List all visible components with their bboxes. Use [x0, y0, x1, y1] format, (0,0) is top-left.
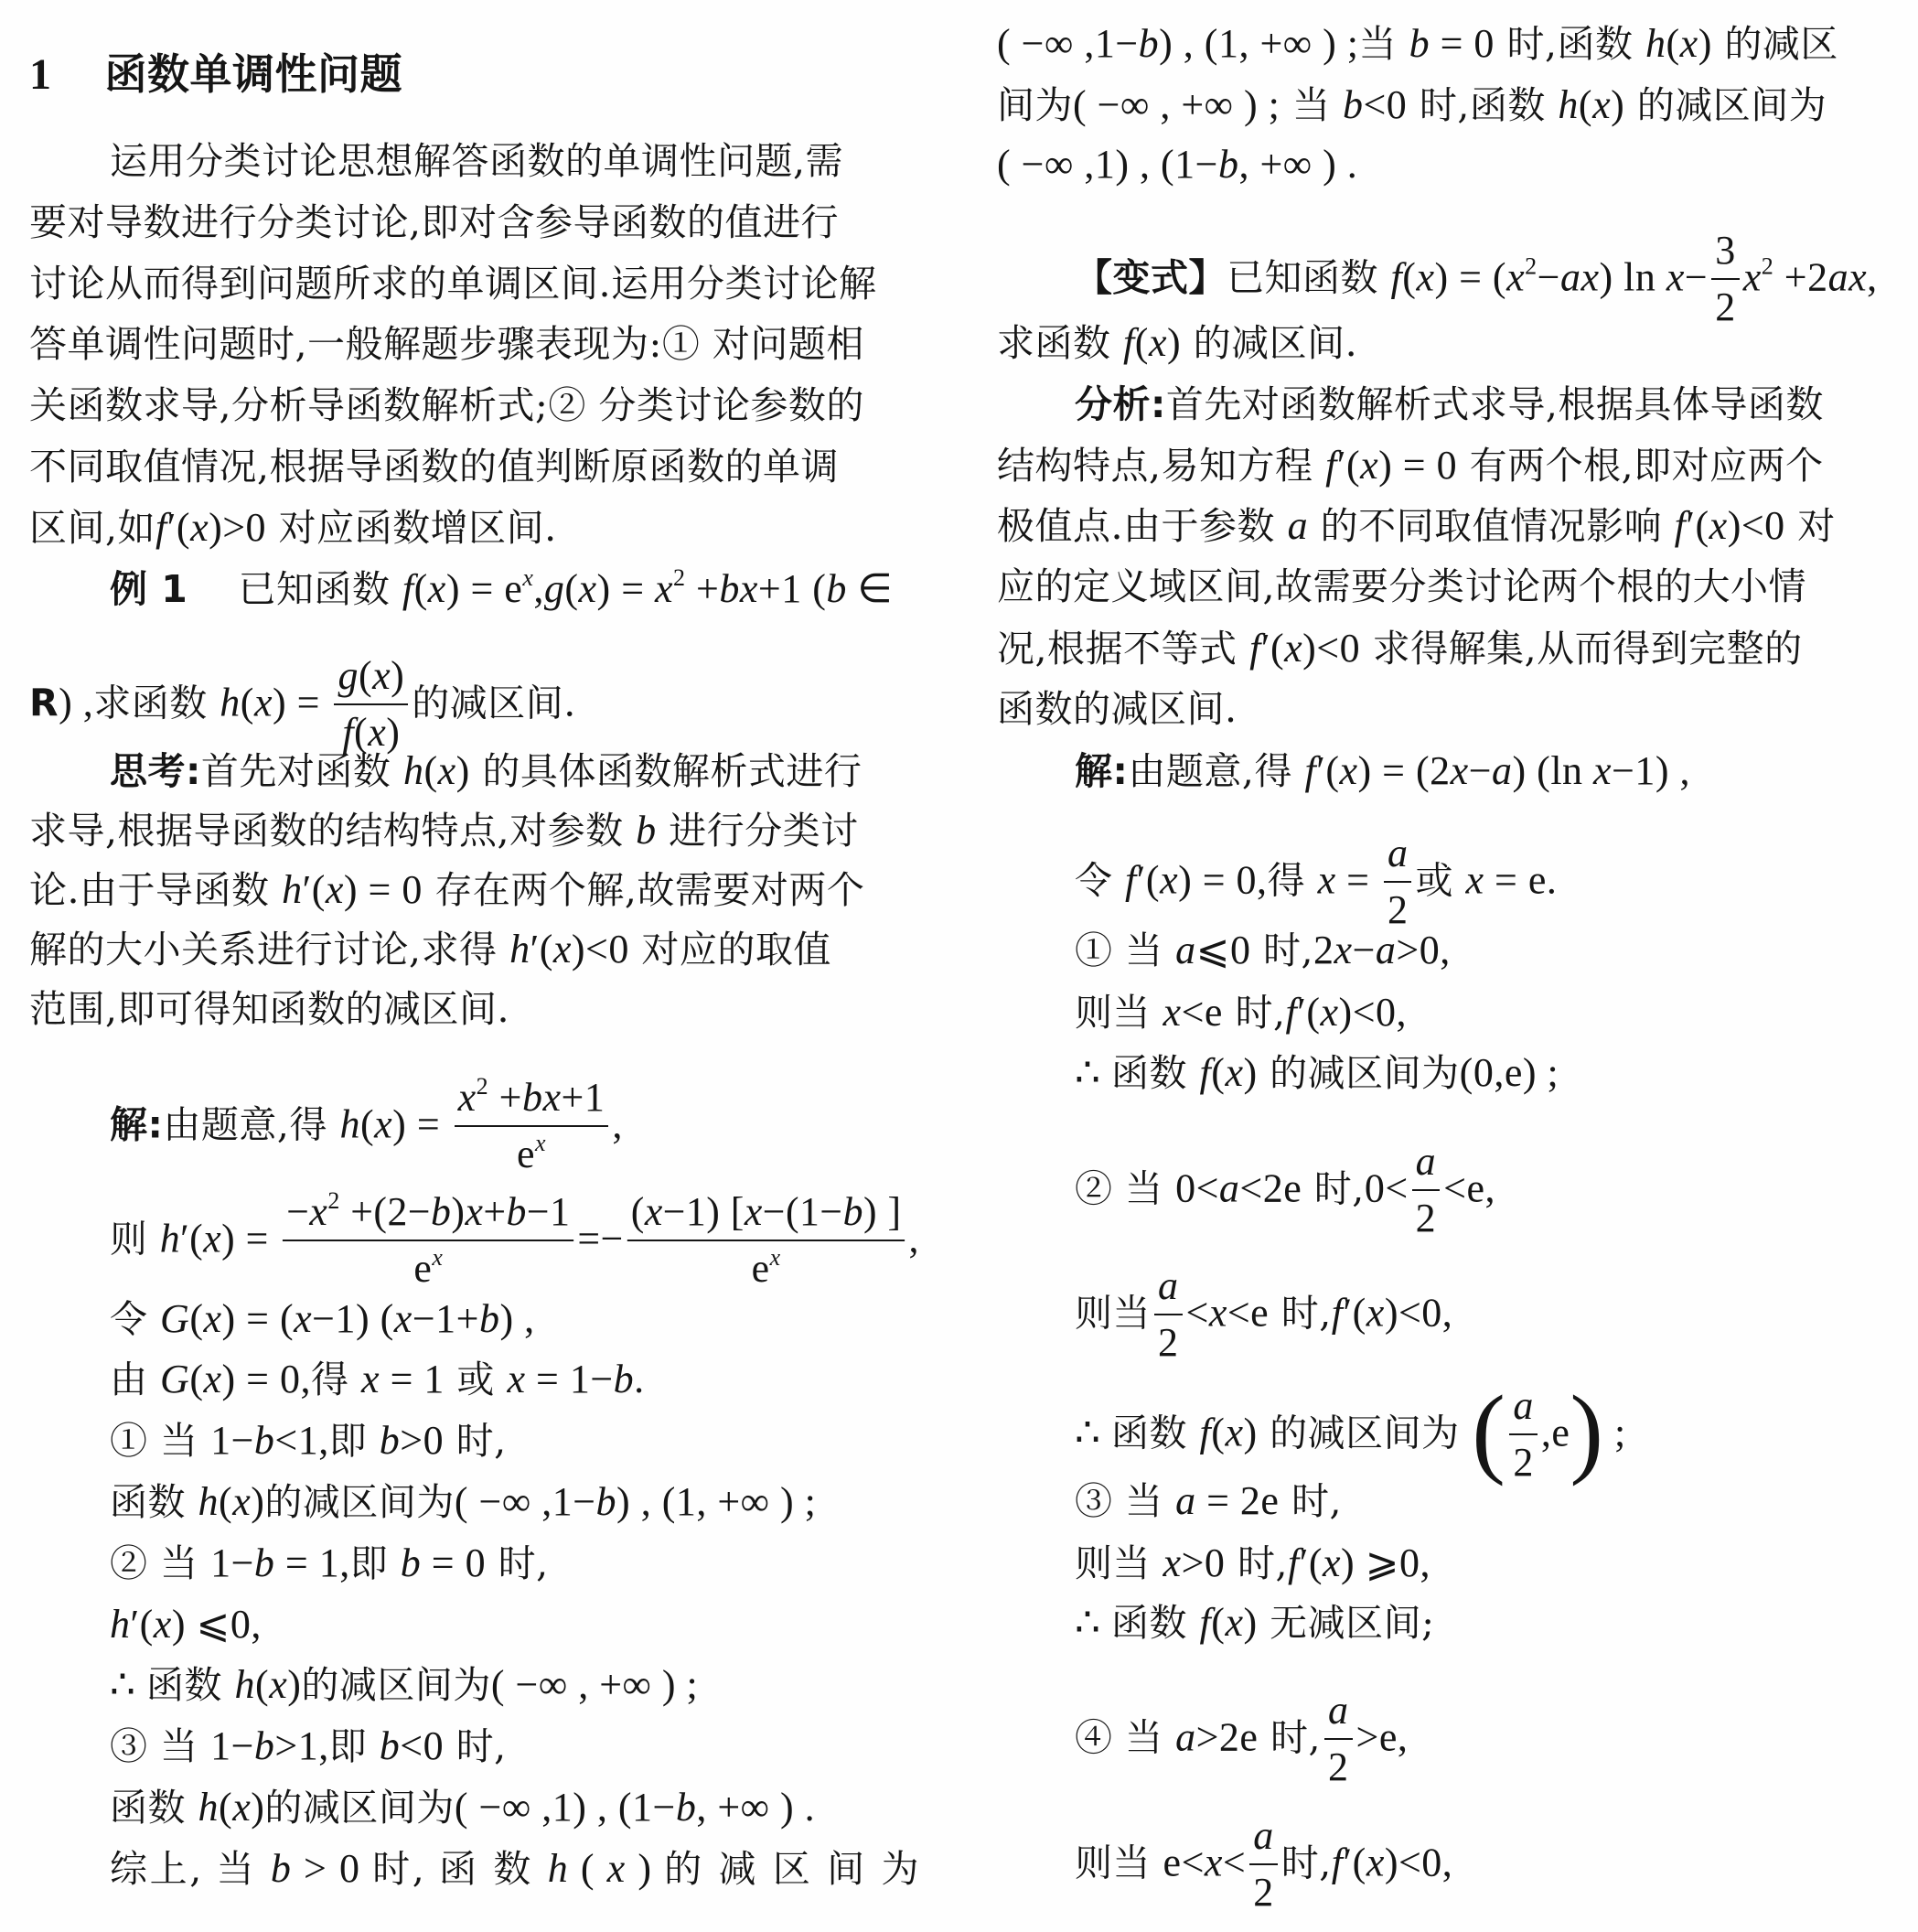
math-variable: b — [843, 1189, 863, 1234]
text-run: 综上, 当 — [110, 1847, 271, 1891]
math-variable: x — [465, 1189, 483, 1234]
text-run: ( — [414, 566, 428, 611]
fraction-numerator: a — [1509, 1379, 1538, 1433]
math-variable: x — [394, 1296, 413, 1341]
text-run: 况,根据不等式 — [997, 627, 1249, 671]
fraction-numerator: x2 +bx+1 — [455, 1070, 609, 1125]
bold-label: 例 1 — [110, 567, 188, 611]
text-run: 则当 — [1075, 1292, 1151, 1336]
text-run: = 1, — [274, 1540, 349, 1585]
text-run: ′( — [303, 867, 326, 912]
text-run: 即 — [329, 1724, 380, 1768]
text-run: ∴ — [1075, 1411, 1111, 1455]
text-run: 2 — [1525, 253, 1538, 280]
math-variable: f — [1200, 1050, 1212, 1095]
text-run: ③ 当 — [110, 1724, 210, 1768]
text-run: 有两个根,即对应两个 — [1457, 444, 1824, 488]
text-run: = e. — [1484, 858, 1558, 903]
math-variable: f — [1325, 443, 1337, 488]
text-run: ) , — [59, 681, 93, 725]
math-variable: x — [1318, 858, 1336, 903]
text-run: . — [634, 1357, 645, 1401]
math-variable: h — [110, 1602, 131, 1647]
text-run: ) = — [273, 681, 330, 725]
text-run: 结构特点,易知方程 — [997, 444, 1325, 488]
text-run: ) ] — [863, 1189, 902, 1234]
math-variable: x — [1506, 255, 1525, 300]
text-run: 时, — [1269, 1292, 1332, 1336]
text-run: 时, 函 数 — [372, 1847, 548, 1891]
right-column-line: 应的定义域区间,故需要分类讨论两个根的大小情 — [997, 556, 1806, 617]
math-variable: b — [479, 1296, 500, 1341]
math-variable: h — [548, 1846, 569, 1891]
right-column-line: ④ 当 a>2e 时,a2>e, — [1075, 1685, 1408, 1745]
text-run: 由题意,得 — [1128, 749, 1304, 793]
math-variable: h — [282, 867, 303, 912]
text-run: 2 — [1313, 928, 1334, 972]
left-column-line: 例 1 已知函数 f(x) = ex,g(x) = x2 +bx+1 (b ∈ — [110, 559, 893, 619]
text-run: ( — [255, 1662, 269, 1707]
section-title: 函数单调性问题 — [105, 49, 403, 99]
text-run: 0< — [1175, 1166, 1219, 1211]
text-run: ,e — [1541, 1411, 1570, 1455]
text-run: 的减区间为 — [264, 1786, 455, 1830]
math-variable: bx — [719, 566, 758, 611]
math-fraction: a2 — [1412, 1134, 1441, 1246]
text-run: e — [517, 1132, 535, 1176]
text-run: ② 当 — [110, 1541, 210, 1585]
text-run: 2 — [1715, 284, 1736, 329]
large-parenthesis: ( — [1472, 1375, 1505, 1487]
math-variable: ax — [1560, 255, 1600, 300]
text-run: −1 — [527, 1189, 571, 1234]
math-variable: b — [507, 1189, 527, 1234]
math-variable: f — [1304, 748, 1316, 793]
right-column-line: 极值点.由于参数 a 的不同取值情况影响 f′(x)<0 对 — [997, 496, 1836, 556]
math-variable: x — [745, 1189, 763, 1234]
text-run: , +∞ ) . — [696, 1785, 815, 1830]
math-variable: f — [1123, 320, 1135, 365]
text-run: ) (ln — [1513, 748, 1594, 793]
text-run: ④ 当 — [1075, 1716, 1175, 1760]
text-run: 的减区间. — [412, 682, 576, 725]
text-run: 时, — [1223, 991, 1286, 1035]
math-variable: x — [1680, 21, 1698, 66]
text-run: ∴ — [1075, 1050, 1111, 1095]
math-variable: x — [203, 1217, 221, 1261]
math-variable: x — [1366, 1841, 1385, 1885]
math-variable: a — [1328, 1688, 1349, 1733]
math-variable: x — [294, 1296, 312, 1341]
math-variable: x — [1709, 503, 1728, 548]
math-variable: x — [655, 566, 673, 611]
text-run: + — [483, 1189, 506, 1234]
text-run: = 0 — [421, 1540, 486, 1585]
math-variable: x — [553, 927, 572, 971]
text-run: 无减区间; — [1258, 1601, 1435, 1645]
left-column-line: 令 G(x) = (x−1) (x−1+b) , — [110, 1289, 535, 1349]
text-run: ∴ — [110, 1662, 146, 1707]
text-run: <e — [1227, 1291, 1269, 1336]
left-column-line: 答单调性问题时,一般解题步骤表现为:① 对问题相 — [29, 314, 864, 374]
text-run: ) , (1, +∞ ) ; — [1159, 21, 1358, 66]
math-variable: x — [522, 564, 533, 591]
text-run: = — [1336, 858, 1380, 903]
text-run: ) — [251, 1785, 264, 1830]
math-variable: g — [544, 566, 565, 611]
text-run: 函数 — [1111, 1601, 1200, 1645]
left-column-line: 求导,根据导函数的结构特点,对参数 b 进行分类讨 — [29, 800, 859, 861]
math-variable: a — [1175, 1478, 1196, 1523]
math-variable: b — [676, 1785, 697, 1830]
math-variable: a — [1253, 1813, 1274, 1858]
text-run: +1 — [562, 1075, 605, 1120]
text-run: ( — [219, 1785, 232, 1830]
text-run: 极值点.由于参数 — [997, 504, 1288, 548]
text-run: >1, — [274, 1723, 328, 1768]
math-variable: g — [338, 653, 359, 698]
text-run: e< — [1163, 1841, 1205, 1885]
text-run: ′( — [530, 927, 553, 971]
left-column-line: 论.由于导函数 h′(x) = 0 存在两个解,故需要对两个 — [29, 860, 864, 920]
text-run: 2 — [1513, 1440, 1534, 1485]
text-run: ① 当 — [1075, 928, 1175, 972]
right-column-line: 况,根据不等式 f′(x)<0 求得解集,从而得到完整的 — [997, 618, 1803, 679]
math-variable: x — [432, 1244, 443, 1271]
right-column-line: ② 当 0<a<2e 时,0<a2<e, — [1075, 1136, 1495, 1197]
math-variable: x — [1592, 82, 1611, 127]
text-run: ) — [1243, 1600, 1257, 1645]
text-run: 对应的取值 — [629, 928, 831, 971]
text-run: −1+ — [413, 1296, 479, 1341]
text-run: ( — [189, 1296, 203, 1341]
text-run: ′( — [1300, 1540, 1323, 1585]
left-column-line: 运用分类讨论思想解答函数的单调性问题,需 — [110, 131, 843, 191]
left-column-line: 综上, 当 b > 0 时, 函 数 h ( x ) 的 减 区 间 为 — [110, 1839, 919, 1899]
text-run: 函数的减区间. — [997, 687, 1238, 731]
math-variable: b — [596, 1479, 617, 1524]
text-run: ) = — [221, 1217, 279, 1261]
text-run: , — [612, 1102, 623, 1147]
text-run: , — [908, 1217, 918, 1261]
math-variable: x — [1323, 1540, 1341, 1585]
math-variable: x — [645, 1189, 663, 1234]
math-variable: x — [1340, 748, 1358, 793]
text-run: <1, — [274, 1418, 328, 1463]
fraction-denominator: ex — [410, 1241, 446, 1296]
text-run: 讨论从而得到问题所求的单调区间.运用分类讨论解 — [29, 262, 877, 306]
text-run: 2 — [1762, 253, 1774, 280]
math-variable: x — [1205, 1841, 1223, 1885]
text-run: ( −∞ ,1− — [455, 1479, 596, 1524]
text-run: 时, — [1258, 1716, 1321, 1760]
text-run: ) ⩾0, — [1341, 1540, 1430, 1585]
text-run: ∴ — [1075, 1600, 1111, 1645]
text-run: ) — [391, 653, 404, 698]
text-run: ② 当 — [1075, 1167, 1175, 1211]
math-variable: h — [339, 1102, 360, 1147]
text-run: 3 — [1715, 228, 1736, 273]
right-column-line: 解:由题意,得 f′(x) = (2x−a) (ln x−1) , — [1075, 741, 1690, 801]
fraction-denominator: 2 — [1412, 1191, 1441, 1246]
text-run: 函数 — [1111, 1051, 1200, 1095]
bold-label: 解: — [110, 1103, 163, 1147]
math-variable: x — [203, 1357, 221, 1401]
text-run: ( — [359, 653, 372, 698]
math-variable: x — [1225, 1411, 1243, 1455]
text-run: − — [286, 1189, 309, 1234]
left-column-line: 不同取值情况,根据导函数的值判断原函数的单调 — [29, 436, 839, 497]
left-column-line: 区间,如f′(x)>0 对应函数增区间. — [29, 498, 557, 558]
text-run: 2 — [1253, 1870, 1274, 1915]
math-variable: x — [1360, 443, 1378, 488]
text-run: 的减区间. — [1181, 321, 1357, 365]
text-run: ③ 当 — [1075, 1479, 1175, 1523]
math-variable: x — [458, 1075, 477, 1120]
left-column-line: 函数 h(x)的减区间为( −∞ ,1−b) , (1, +∞ ) ; — [110, 1472, 816, 1532]
text-run: +2 — [1773, 255, 1827, 300]
text-run: ( −∞ ,1) , (1− — [455, 1785, 676, 1830]
right-column-line: ③ 当 a = 2e 时, — [1075, 1471, 1342, 1531]
text-run: ) = 0 — [344, 867, 423, 912]
text-run: ′( — [1261, 626, 1284, 671]
text-run: 对应函数增区间. — [266, 506, 557, 550]
math-fraction: a2 — [1249, 1809, 1278, 1920]
math-variable: a — [1175, 928, 1196, 972]
text-run: ( −∞ , +∞ ) ; — [1073, 82, 1280, 127]
math-variable: a — [1492, 748, 1513, 793]
math-variable: b — [636, 808, 657, 853]
text-run: −(1− — [763, 1189, 843, 1234]
text-run: 的 减 区 间 为 — [664, 1847, 919, 1891]
text-run: ) — [1167, 320, 1181, 365]
text-run: ) , (1, +∞ ) ; — [616, 1479, 816, 1524]
text-run: 论.由于导函数 — [29, 868, 282, 912]
math-variable: x — [374, 1102, 392, 1147]
text-run: ′( — [1686, 503, 1709, 548]
text-run: 即 — [329, 1419, 380, 1463]
text-run: 时,函数 — [1407, 83, 1558, 127]
math-variable: a — [1513, 1383, 1534, 1428]
text-run: ; — [1604, 1411, 1626, 1455]
left-column-line: 则 h′(x) = −x2 +(2−b)x+b−1ex=−(x−1) [x−(1… — [110, 1186, 919, 1247]
fraction-denominator: 2 — [1509, 1435, 1538, 1490]
fraction-denominator: 2 — [1249, 1865, 1278, 1920]
section-heading: 1函数单调性问题 — [29, 44, 402, 104]
math-variable: h — [509, 927, 530, 971]
math-variable: f — [155, 505, 167, 550]
math-variable: h — [235, 1662, 256, 1707]
text-run: >0 — [400, 1418, 444, 1463]
text-run: 区间,如 — [29, 506, 155, 550]
text-run: 范围,即可得知函数的减区间. — [29, 987, 509, 1031]
left-column-line: h′(x) ⩽0, — [110, 1594, 262, 1655]
text-run: ) = ( — [1434, 255, 1506, 300]
text-run: 1− — [210, 1418, 254, 1463]
text-run: 的不同取值情况影响 — [1308, 504, 1675, 548]
fraction-denominator: 2 — [1154, 1315, 1183, 1370]
right-column-line: ( −∞ ,1) , (1−b, +∞ ) . — [997, 134, 1357, 195]
math-variable: b — [1139, 21, 1160, 66]
text-run: 答单调性问题时,一般解题步骤表现为:① 对问题相 — [29, 322, 864, 366]
text-run: <e — [1182, 990, 1223, 1035]
right-column-line: 分析:首先对函数解析式求导,根据具体导函数 — [1075, 374, 1824, 435]
math-variable: f — [1200, 1411, 1212, 1455]
text-run: ) — [1243, 1050, 1257, 1095]
math-variable: x — [1666, 255, 1685, 300]
fraction-numerator: g(x) — [334, 649, 408, 703]
text-run: ( — [631, 1189, 645, 1234]
text-run: 1− — [210, 1540, 254, 1585]
text-run: 的减区间为 — [1258, 1051, 1460, 1095]
text-run: − — [1469, 748, 1492, 793]
math-variable: h — [198, 1785, 220, 1830]
text-run: 的具体函数解析式进行 — [470, 749, 863, 793]
text-run: 2 — [1328, 1744, 1349, 1789]
math-variable: f — [1125, 858, 1137, 903]
text-run: ) — [626, 1846, 664, 1891]
text-run: 则当 — [1075, 1841, 1163, 1885]
math-fraction: x2 +bx+1ex — [455, 1070, 609, 1182]
math-variable: h — [1645, 21, 1666, 66]
math-variable: b — [614, 1357, 635, 1401]
text-run: > 0 — [291, 1846, 372, 1891]
bold-label: 分析: — [1075, 382, 1166, 426]
text-run: 首先对函数 — [201, 749, 403, 793]
left-column-line: ③ 当 1−b>1,即 b<0 时, — [110, 1716, 507, 1776]
text-run: ( −∞ ,1) , (1− — [997, 142, 1218, 187]
math-variable: x — [1366, 1291, 1385, 1336]
math-variable: b — [826, 566, 847, 611]
text-run: ) ⩽0, — [172, 1602, 262, 1647]
text-run: 对 — [1785, 504, 1836, 548]
text-run: )>0 — [209, 505, 266, 550]
left-column-line: 解的大小关系进行讨论,求得 h′(x)<0 对应的取值 — [29, 919, 831, 980]
text-run: ( — [1211, 1600, 1225, 1645]
math-variable: b — [271, 1846, 292, 1891]
math-variable: a — [1219, 1166, 1240, 1211]
text-run: 关函数求导,分析导函数解析式;② 分类讨论参数的 — [29, 383, 864, 427]
math-variable: b — [254, 1540, 275, 1585]
text-run: ( — [241, 681, 254, 725]
text-run: <2e — [1239, 1166, 1302, 1211]
text-run: ′( — [1344, 1291, 1366, 1336]
math-variable: f — [1332, 1841, 1344, 1885]
text-run: 时, — [1225, 1541, 1288, 1585]
math-variable: x — [190, 505, 209, 550]
right-column-line: ① 当 a⩽0 时,2x−a>0, — [1075, 920, 1451, 981]
math-variable: x — [1225, 1600, 1243, 1645]
math-variable: b — [380, 1723, 401, 1768]
math-variable: x — [1225, 1050, 1243, 1095]
text-run: ) — [451, 1189, 465, 1234]
right-column-line: ∴ 函数 f(x) 无减区间; — [1075, 1593, 1434, 1653]
text-run: >0, — [1396, 928, 1450, 972]
math-variable: f — [1391, 255, 1403, 300]
bold-label: 思考: — [110, 749, 201, 793]
text-run: ′( — [180, 1217, 203, 1261]
text-run: <0 — [1363, 82, 1407, 127]
text-run: = 1 — [380, 1357, 445, 1401]
text-run: , — [533, 566, 544, 611]
math-variable: f — [1200, 1600, 1212, 1645]
text-run: 函数 — [110, 1786, 198, 1830]
text-run: (0,e) ; — [1460, 1050, 1559, 1095]
math-variable: G — [160, 1296, 189, 1341]
math-variable: a — [1376, 928, 1397, 972]
math-variable: f — [1286, 990, 1298, 1035]
fraction-numerator: a — [1324, 1683, 1353, 1738]
text-run: 的减区间为 — [301, 1663, 491, 1707]
math-variable: h — [160, 1217, 180, 1261]
text-run: 当 — [1359, 22, 1409, 66]
math-variable: b — [401, 1540, 422, 1585]
left-column-line: 解:由题意,得 h(x) = x2 +bx+1ex, — [110, 1072, 623, 1132]
left-column-line: 关函数求导,分析导函数解析式;② 分类讨论参数的 — [29, 375, 864, 435]
fraction-numerator: 3 — [1711, 223, 1740, 278]
math-variable: x — [326, 867, 344, 912]
text-run: >2e — [1196, 1715, 1259, 1760]
text-run: 2 — [477, 1073, 489, 1100]
math-variable: x — [1321, 990, 1339, 1035]
text-run: 进行分类讨 — [657, 809, 859, 853]
right-column-line: ∴ 函数 f(x) 的减区间为(0,e) ; — [1075, 1043, 1559, 1103]
text-run: +1 ( — [758, 566, 826, 611]
math-variable: x — [579, 566, 597, 611]
text-run: 的减区间为 — [264, 1480, 455, 1524]
left-column-line: ② 当 1−b = 1,即 b = 0 时, — [110, 1533, 549, 1594]
text-run: 首先对函数解析式求导,根据具体导函数 — [1166, 382, 1824, 426]
right-column-line: 函数的减区间. — [997, 679, 1238, 739]
fraction-numerator: (x−1) [x−(1−b) ] — [627, 1185, 905, 1240]
math-fraction: 32 — [1711, 223, 1740, 335]
text-run: , — [1867, 255, 1878, 300]
text-run: 时, — [444, 1419, 507, 1463]
math-variable: x — [232, 1785, 251, 1830]
text-run: 函数 — [1111, 1411, 1200, 1455]
text-run: 得 — [311, 1358, 361, 1401]
math-variable: x — [1209, 1291, 1227, 1336]
math-variable: bx — [522, 1075, 562, 1120]
text-run: , +∞ ) . — [1238, 142, 1357, 187]
text-run: ) = 0 — [1378, 443, 1457, 488]
text-run: 已知函数 — [188, 567, 402, 611]
text-run: 求得解集,从而得到完整的 — [1360, 627, 1803, 671]
text-run: 运用分类讨论思想解答函数的单调性问题,需 — [110, 139, 843, 183]
text-run: < — [1186, 1291, 1209, 1336]
fraction-denominator: 2 — [1711, 280, 1740, 335]
text-run: ) = — [392, 1102, 450, 1147]
math-variable: f — [402, 566, 414, 611]
text-run: + — [488, 1075, 522, 1120]
math-variable: x — [203, 1296, 221, 1341]
text-run: 要对导数进行分类讨论,即对含参导函数的值进行 — [29, 200, 839, 244]
text-run: ) ln — [1599, 255, 1666, 300]
math-variable: h — [220, 681, 241, 725]
right-column-line: 间为( −∞ , +∞ ) ; 当 b<0 时,函数 h(x) 的减区间为 — [997, 75, 1827, 135]
right-column-line: 则当 x>0 时,f′(x) ⩾0, — [1075, 1533, 1430, 1594]
math-variable: f — [1675, 503, 1687, 548]
math-variable: a — [1388, 831, 1409, 875]
text-run: ∈ — [847, 566, 893, 611]
fraction-numerator: a — [1154, 1259, 1183, 1314]
left-column-line: 讨论从而得到问题所求的单调区间.运用分类讨论解 — [29, 253, 877, 314]
bold-label: R — [29, 682, 59, 725]
text-run: ( — [1579, 82, 1592, 127]
right-column-line: 【变式】已知函数 f(x) = (x2−ax) ln x−32x2 +2ax, — [1075, 225, 1878, 285]
text-run: ) — [251, 1479, 264, 1524]
text-run: ) = 0, — [222, 1357, 311, 1401]
